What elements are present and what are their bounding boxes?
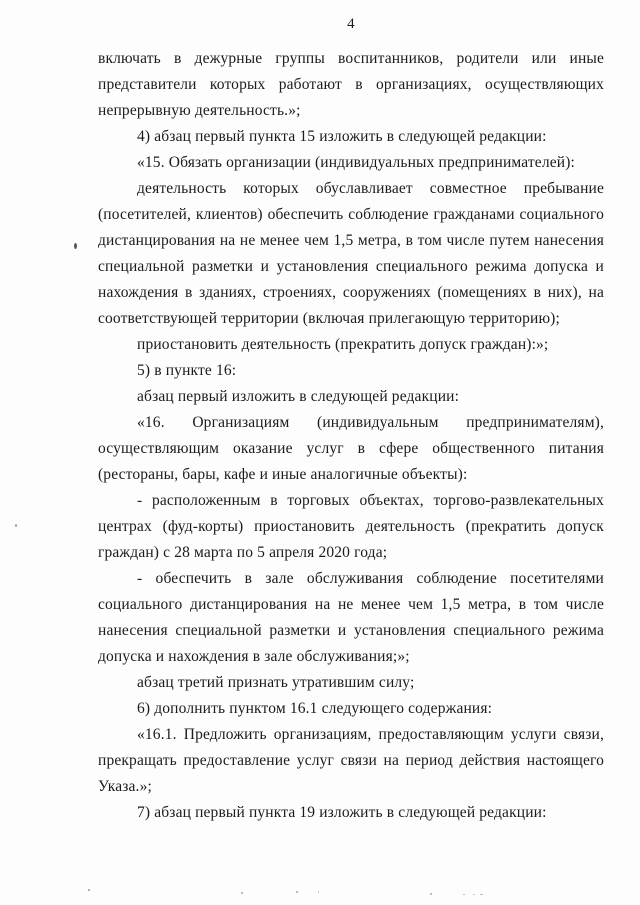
scan-speck <box>74 243 77 249</box>
paragraph: 7) абзац первый пункта 19 изложить в сле… <box>98 800 604 826</box>
text-line: соответствующей территории (включая прил… <box>98 306 604 332</box>
text-line: - расположенным в торговых объектах, тор… <box>98 488 604 514</box>
text-line: (посетителей, клиентов) обеспечить соблю… <box>98 202 604 228</box>
page-number: 4 <box>98 14 604 34</box>
text-line: дистанцирования на не менее чем 1,5 метр… <box>98 228 604 254</box>
text-line: включать в дежурные группы воспитанников… <box>98 46 604 72</box>
scan-speck <box>463 894 465 895</box>
text-line: центрах (фуд-корты) приостановить деятел… <box>98 514 604 540</box>
text-line: граждан) с 28 марта по 5 апреля 2020 год… <box>98 540 604 566</box>
paragraph: «16.1. Предложить организациям, предоста… <box>98 722 604 800</box>
text-line: прекращать предоставление услуг связи на… <box>98 748 604 774</box>
text-line: «16. Организациям (индивидуальным предпр… <box>98 410 604 436</box>
paragraph: абзац первый изложить в следующей редакц… <box>98 384 604 410</box>
text-line: 7) абзац первый пункта 19 изложить в сле… <box>98 800 604 826</box>
paragraph: абзац третий признать утратившим силу; <box>98 670 604 696</box>
text-line: приостановить деятельность (прекратить д… <box>98 332 604 358</box>
paragraph: 6) дополнить пунктом 16.1 следующего сод… <box>98 696 604 722</box>
text-line: деятельность которых обуславливает совме… <box>98 176 604 202</box>
paragraph: «15. Обязать организации (индивидуальных… <box>98 150 604 176</box>
paragraph: - обеспечить в зале обслуживания соблюде… <box>98 566 604 670</box>
paragraph: - расположенным в торговых объектах, тор… <box>98 488 604 566</box>
scan-speck <box>480 894 483 895</box>
text-line: представители которых работают в организ… <box>98 72 604 98</box>
scan-speck <box>88 889 90 891</box>
text-line: абзац первый изложить в следующей редакц… <box>98 384 604 410</box>
text-line: «15. Обязать организации (индивидуальных… <box>98 150 604 176</box>
text-line: - обеспечить в зале обслуживания соблюде… <box>98 566 604 592</box>
text-line: нахождения в зданиях, строениях, сооруже… <box>98 280 604 306</box>
text-line: 6) дополнить пунктом 16.1 следующего сод… <box>98 696 604 722</box>
scan-speck <box>241 892 243 894</box>
text-line: 4) абзац первый пункта 15 изложить в сле… <box>98 124 604 150</box>
text-line: абзац третий признать утратившим силу; <box>98 670 604 696</box>
paragraph: включать в дежурные группы воспитанников… <box>98 46 604 124</box>
scan-speck <box>430 893 432 895</box>
text-line: Указа.»; <box>98 774 604 800</box>
scan-speck <box>15 524 17 527</box>
text-line: социального дистанцирования на не менее … <box>98 592 604 618</box>
paragraph: деятельность которых обуславливает совме… <box>98 176 604 332</box>
document-page: 4 включать в дежурные группы воспитанник… <box>0 0 640 905</box>
text-line: (рестораны, бары, кафе и иные аналогичны… <box>98 462 604 488</box>
text-line: осуществляющим оказание услуг в сфере об… <box>98 436 604 462</box>
text-line: «16.1. Предложить организациям, предоста… <box>98 722 604 748</box>
paragraph: «16. Организациям (индивидуальным предпр… <box>98 410 604 488</box>
paragraph: приостановить деятельность (прекратить д… <box>98 332 604 358</box>
scan-speck <box>473 894 475 895</box>
text-line: специальной разметки и установления спец… <box>98 254 604 280</box>
text-line: нанесения специальной разметки и установ… <box>98 618 604 644</box>
scan-speck <box>296 891 298 893</box>
document-body: включать в дежурные группы воспитанников… <box>98 46 604 826</box>
paragraph: 4) абзац первый пункта 15 изложить в сле… <box>98 124 604 150</box>
scan-speck <box>318 891 319 893</box>
text-line: непрерывную деятельность.»; <box>98 98 604 124</box>
paragraph: 5) в пункте 16: <box>98 358 604 384</box>
text-line: допуска и нахождения в зале обслуживания… <box>98 644 604 670</box>
text-line: 5) в пункте 16: <box>98 358 604 384</box>
